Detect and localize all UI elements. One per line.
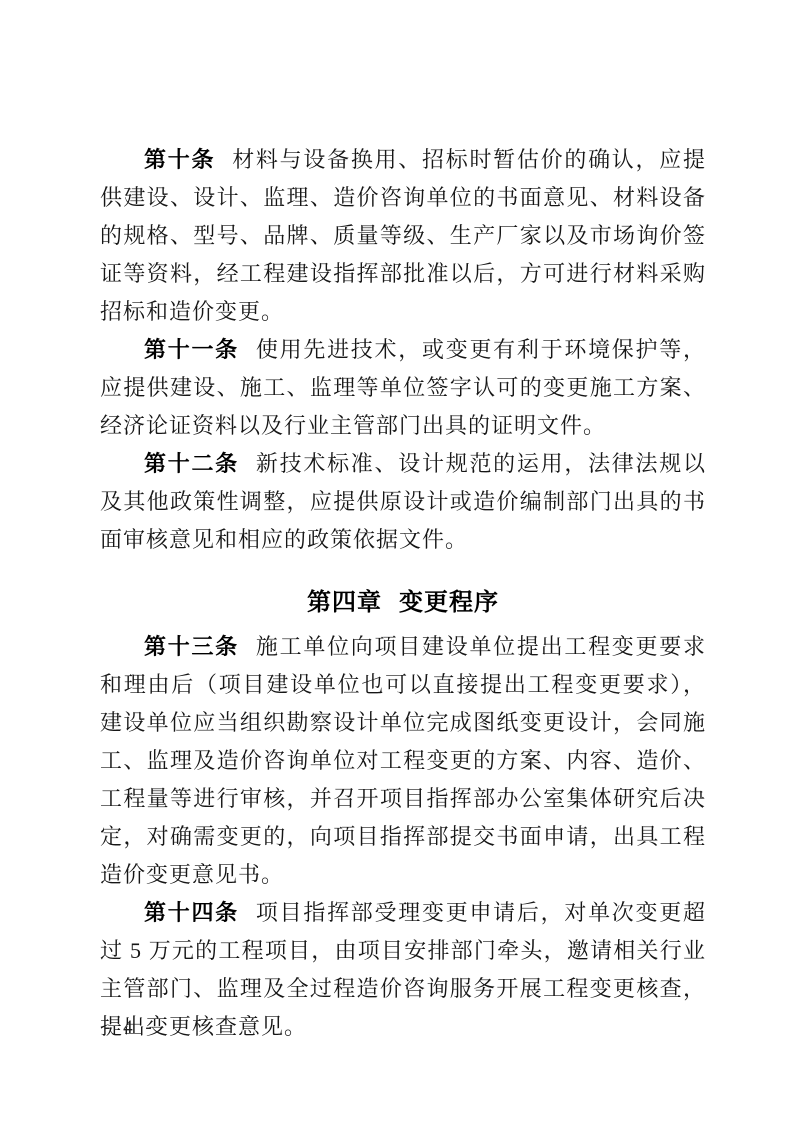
page-number: - 4 - [104, 1017, 156, 1039]
article-12-paragraph: 第十二条新技术标准、设计规范的运用，法律法规以及其他政策性调整，应提供原设计或造… [100, 445, 706, 559]
article-10-body: 材料与设备换用、招标时暂估价的确认，应提供建设、设计、监理、造价咨询单位的书面意… [100, 147, 706, 324]
article-11-paragraph: 第十一条使用先进技术，或变更有利于环境保护等，应提供建设、施工、监理等单位签字认… [100, 331, 706, 445]
article-12-number: 第十二条 [144, 451, 239, 476]
article-14-number: 第十四条 [144, 900, 239, 925]
article-10-number: 第十条 [144, 147, 215, 172]
document-page: 第十条材料与设备换用、招标时暂估价的确认，应提供建设、设计、监理、造价咨询单位的… [0, 0, 793, 1122]
article-10-paragraph: 第十条材料与设备换用、招标时暂估价的确认，应提供建设、设计、监理、造价咨询单位的… [100, 141, 706, 331]
document-content: 第十条材料与设备换用、招标时暂估价的确认，应提供建设、设计、监理、造价咨询单位的… [100, 141, 706, 1046]
chapter-number: 第四章 [307, 589, 382, 616]
chapter-heading: 第四章变更程序 [100, 581, 706, 625]
article-14-paragraph: 第十四条项目指挥部受理变更申请后，对单次变更超过 5 万元的工程项目，由项目安排… [100, 894, 706, 1046]
article-13-number: 第十三条 [144, 634, 239, 659]
article-13-body: 施工单位向项目建设单位提出工程变更要求和理由后（项目建设单位也可以直接提出工程变… [100, 634, 706, 887]
article-13-paragraph: 第十三条施工单位向项目建设单位提出工程变更要求和理由后（项目建设单位也可以直接提… [100, 628, 706, 894]
chapter-title: 变更程序 [399, 589, 499, 616]
article-11-number: 第十一条 [144, 337, 239, 362]
